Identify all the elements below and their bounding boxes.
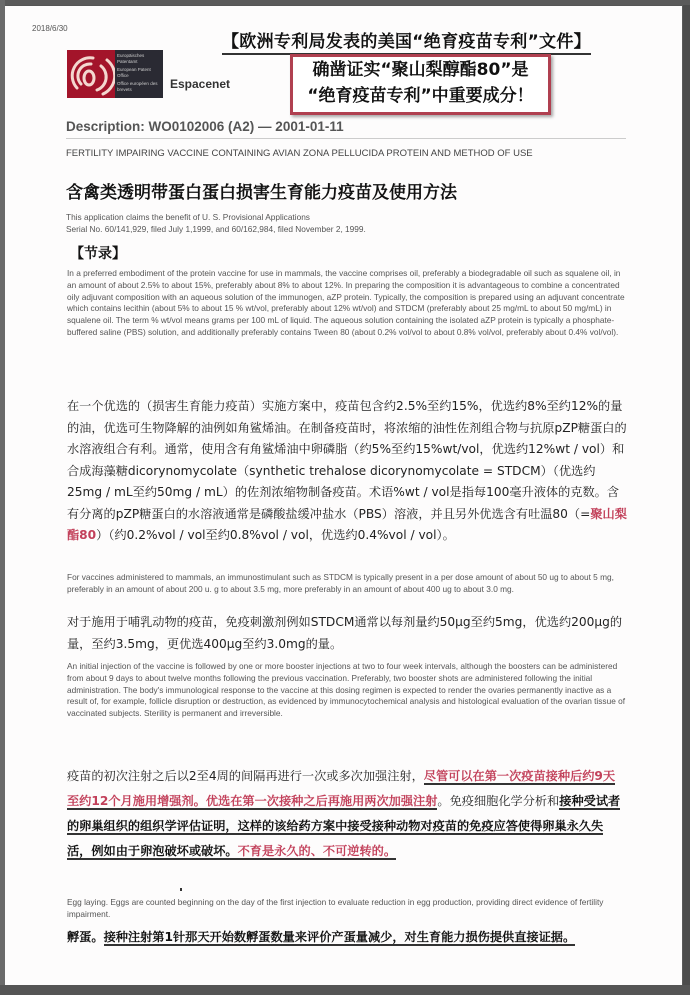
paragraph-2-en: For vaccines administered to mammals, an… (67, 572, 627, 596)
paragraph-4-cn: 孵蛋。接种注射第1针那天开始数孵蛋数量来评价产蛋量减少，对生育能力损伤提供直接证… (67, 925, 627, 949)
headline-banner: 【欧洲专利局发表的美国“绝育疫苗专利”文件】 (222, 27, 591, 55)
callout-box: 确凿证实“聚山梨醇酯80”是 “绝育疫苗专利”中重要成分！ (290, 54, 551, 115)
paragraph-3-en: An initial injection of the vaccine is f… (67, 661, 627, 720)
paragraph-1-en: In a preferred embodiment of the protein… (67, 268, 627, 339)
paragraph-1-cn: 在一个优选的（损害生育能力疫苗）实施方案中，疫苗包含约2.5%至约15%，优选约… (67, 396, 627, 547)
espacenet-brand: Espacenet (170, 77, 230, 91)
epo-arcs-icon (67, 50, 115, 98)
patent-title-en: FERTILITY IMPAIRING VACCINE CONTAINING A… (66, 148, 626, 160)
callout-line-1: 确凿证实“聚山梨醇酯80”是 (293, 57, 548, 83)
paragraph-3-cn: 疫苗的初次注射之后以2至4周的间隔再进行一次或多次加强注射，尽管可以在第一次疫苗… (67, 764, 627, 864)
paragraph-4-en: Egg laying. Eggs are counted beginning o… (67, 897, 627, 921)
priority-claims: This application claims the benefit of U… (66, 211, 626, 235)
divider (66, 138, 626, 139)
callout-line-2: “绝育疫苗专利”中重要成分！ (293, 83, 548, 109)
epo-logo: Europäisches Patentamt European Patent O… (67, 50, 163, 98)
excerpt-label: 【节录】 (70, 243, 126, 263)
highlight-egg-laying: 接种注射第1针那天开始数孵蛋数量来评价产蛋量减少，对生育能力损伤提供直接证据。 (104, 930, 576, 946)
photo-frame-right (683, 5, 690, 995)
stray-mark (180, 888, 182, 891)
epo-office-names: Europäisches Patentamt European Patent O… (115, 50, 163, 98)
highlight-permanent-sterility: 不育是永久的、不可逆转的。 (238, 844, 396, 860)
patent-title-cn: 含禽类透明带蛋白蛋白损害生育能力疫苗及使用方法 (66, 178, 457, 203)
photo-frame-bottom (0, 985, 690, 995)
paragraph-2-cn: 对于施用于哺乳动物的疫苗，免疫刺激剂例如STDCM通常以每剂量约50μg至约5m… (67, 612, 627, 655)
description-heading: Description: WO0102006 (A2) — 2001-01-11 (66, 119, 344, 134)
print-date: 2018/6/30 (32, 24, 68, 33)
